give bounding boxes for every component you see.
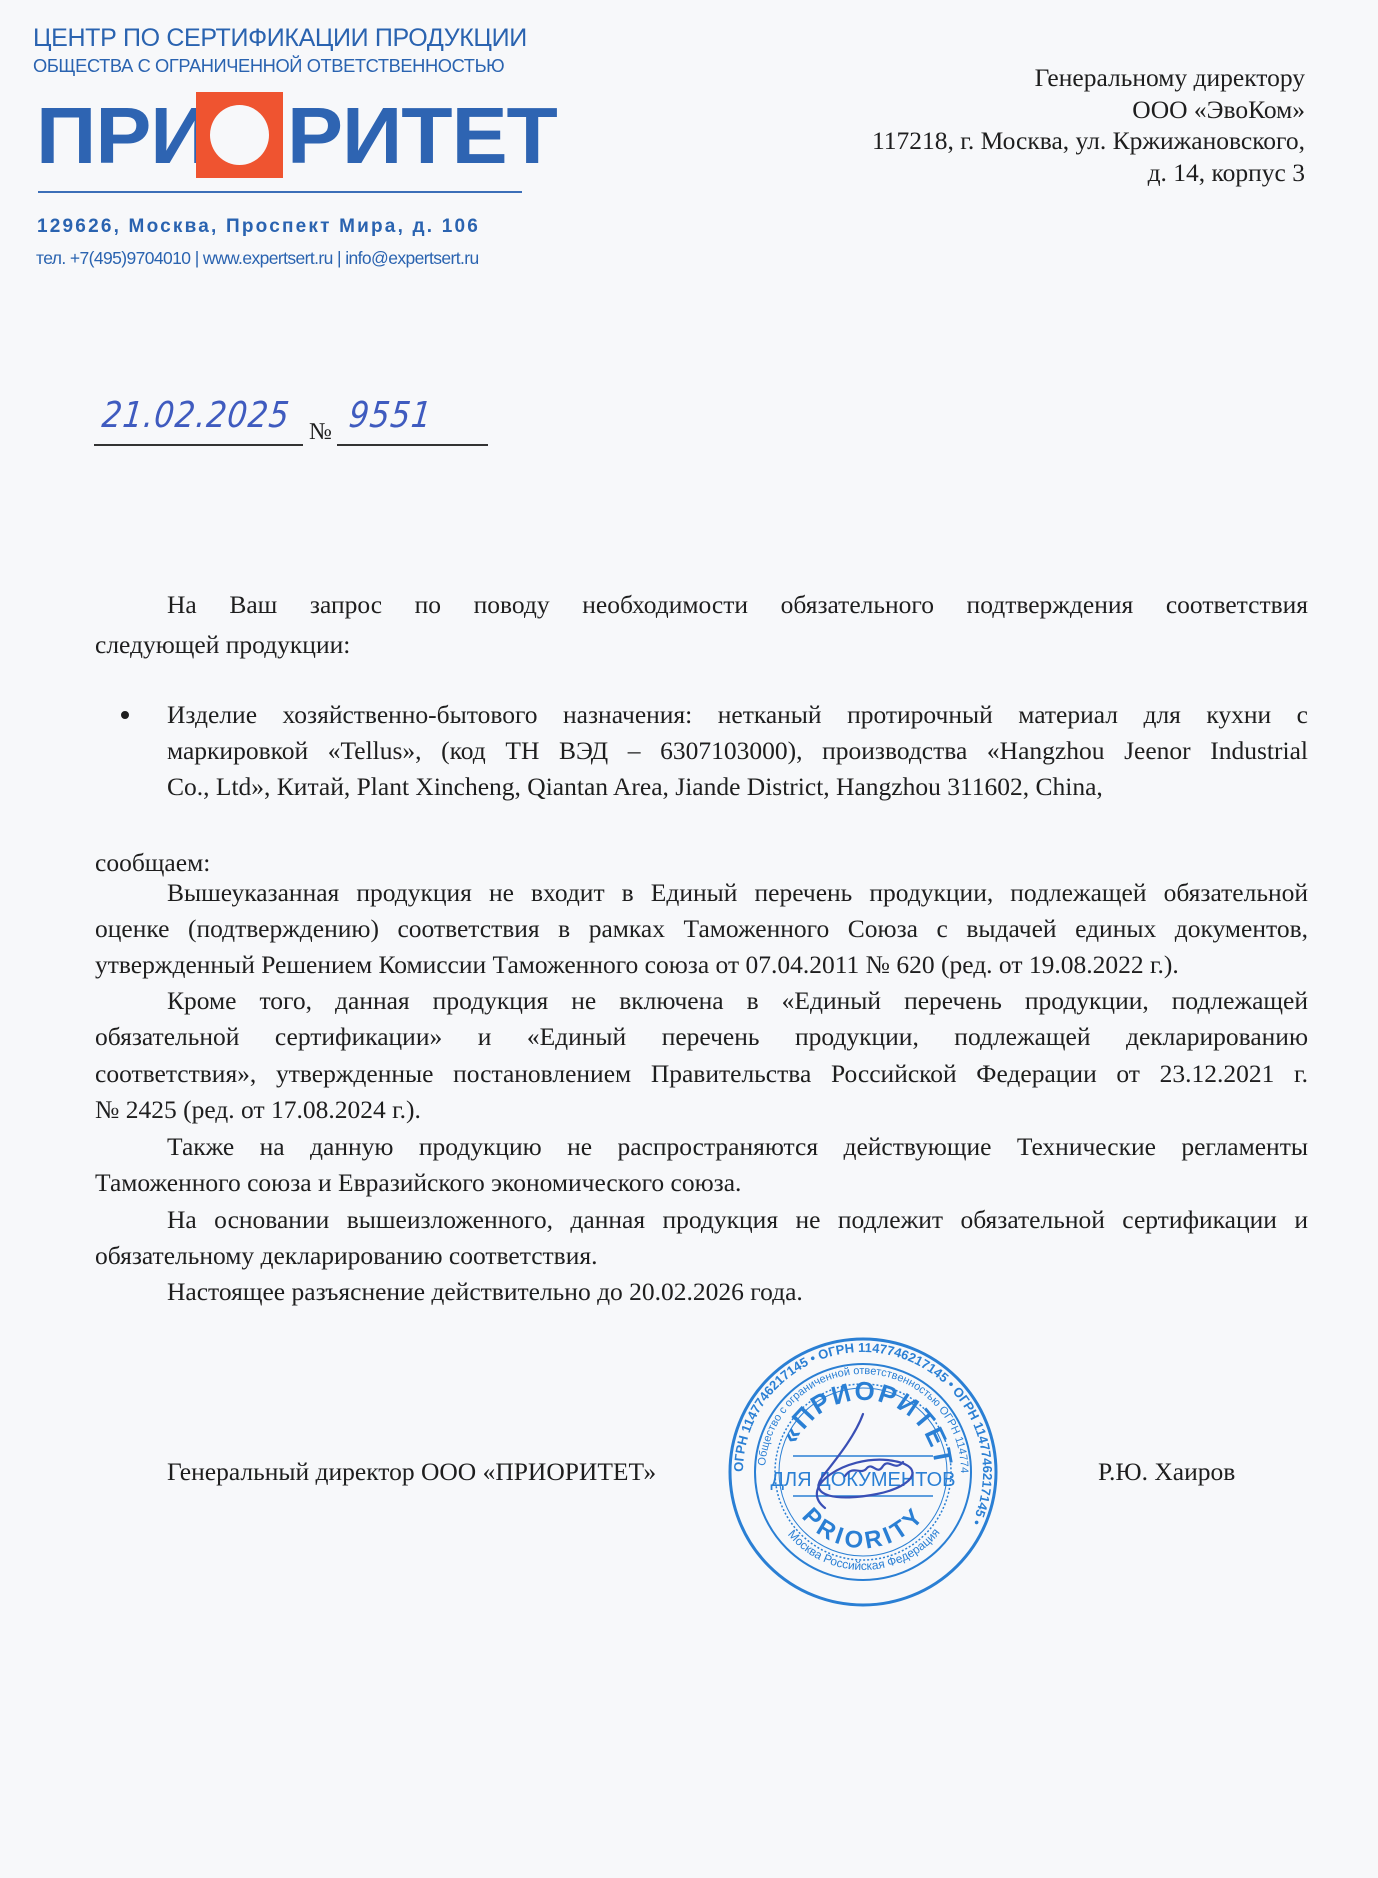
intro-line: следующей продукции: xyxy=(95,630,1308,660)
logo-o-icon xyxy=(196,92,283,178)
recipient-line: Генеральному директору xyxy=(872,62,1305,94)
paragraph-line: Таможенного союза и Евразийского экономи… xyxy=(95,1168,1308,1198)
company-logo: ПРИ РИТЕТ xyxy=(36,92,524,178)
bullet-icon xyxy=(121,711,129,719)
number-underline xyxy=(337,444,488,446)
paragraph-line: На основании вышеизложенного, данная про… xyxy=(167,1205,1308,1235)
company-stamp-icon: ОГРН 1147746217145 • ОГРН 1147746217145 … xyxy=(727,1336,999,1608)
bullet-line: маркировкой «Tellus», (код ТН ВЭД – 6307… xyxy=(167,736,1308,766)
report-label: сообщаем: xyxy=(95,848,1308,878)
recipient-line: д. 14, корпус 3 xyxy=(872,157,1305,189)
paragraph-line: Кроме того, данная продукция не включена… xyxy=(167,986,1308,1016)
stamp-center-middle: ДЛЯ ДОКУМЕНТОВ xyxy=(770,1469,955,1491)
paragraph-line: Также на данную продукцию не распростран… xyxy=(167,1132,1308,1162)
date-underline xyxy=(94,444,303,446)
bullet-line: Изделие хозяйственно-бытового назначения… xyxy=(167,700,1308,730)
paragraph-line: обязательному декларированию соответстви… xyxy=(95,1241,1308,1271)
paragraph-line: оценке (подтверждению) соответствия в ра… xyxy=(95,914,1308,944)
logo-text-left: ПРИ xyxy=(36,96,210,176)
letterhead-divider xyxy=(38,191,522,193)
signatory-title: Генеральный директор ООО «ПРИОРИТЕТ» xyxy=(167,1457,656,1487)
handwritten-number: 9551 xyxy=(347,395,434,436)
logo-text-right: РИТЕТ xyxy=(287,96,557,176)
letterhead-address: 129626, Москва, Проспект Мира, д. 106 xyxy=(37,215,480,239)
paragraph-line: обязательной сертификации» и «Единый пер… xyxy=(95,1022,1308,1052)
paragraph-line: утвержденный Решением Комиссии Таможенно… xyxy=(95,950,1308,980)
letterhead-subtitle: ОБЩЕСТВА С ОГРАНИЧЕННОЙ ОТВЕТСТВЕННОСТЬЮ xyxy=(33,55,522,77)
paragraph-line: Настоящее разъяснение действительно до 2… xyxy=(167,1277,1308,1307)
letterhead-title: ЦЕНТР ПО СЕРТИФИКАЦИИ ПРОДУКЦИИ xyxy=(33,24,522,52)
paragraph-line: № 2425 (ред. от 17.08.2024 г.). xyxy=(95,1095,1308,1125)
handwritten-date: 21.02.2025 xyxy=(100,395,292,436)
recipient-block: Генеральному директору ООО «ЭвоКом» 1172… xyxy=(872,62,1305,188)
intro-line: На Ваш запрос по поводу необходимости об… xyxy=(167,590,1308,620)
signatory-name: Р.Ю. Хаиров xyxy=(1098,1457,1235,1487)
paragraph-line: соответствия», утвержденные постановлени… xyxy=(95,1059,1308,1089)
recipient-line: ООО «ЭвоКом» xyxy=(872,94,1305,126)
paragraph-line: Вышеуказанная продукция не входит в Един… xyxy=(167,878,1308,908)
bullet-line: Co., Ltd», Китай, Plant Xincheng, Qianta… xyxy=(167,772,1308,802)
letterhead-contacts: тел. +7(495)9704010 | www.expertsert.ru … xyxy=(36,247,479,269)
number-sign: № xyxy=(309,418,332,446)
recipient-line: 117218, г. Москва, ул. Кржижановского, xyxy=(872,125,1305,157)
